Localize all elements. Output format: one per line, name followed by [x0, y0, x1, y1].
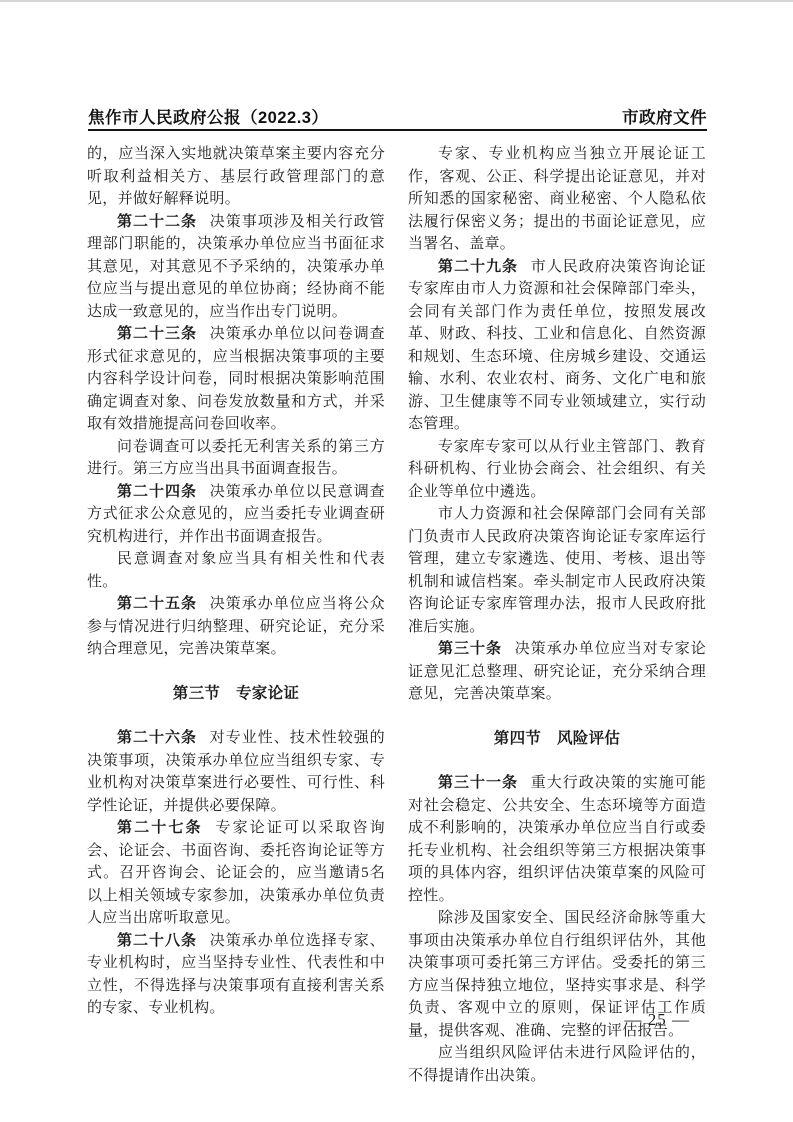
paragraph: 问卷调查可以委托无利害关系的第三方进行。第三方应当出具书面调查报告。 [87, 436, 385, 481]
two-column-body: 的，应当深入实地就决策草案主要内容充分听取利益相关方、基层行政管理部门的意见，并… [87, 143, 707, 1087]
paragraph: 专家、专业机构应当独立开展论证工作，客观、公正、科学提出论证意见，并对所知悉的国… [408, 143, 706, 256]
article-paragraph: 第二十六条对专业性、技术性较强的决策事项，决策承办单位应当组织专家、专业机构对决… [87, 727, 385, 817]
paragraph-text: 应当组织风险评估未进行风险评估的，不得提请作出决策。 [408, 1045, 706, 1084]
paragraph-text: 问卷调查可以委托无利害关系的第三方进行。第三方应当出具书面调查报告。 [87, 439, 385, 478]
article-number: 第二十七条 [117, 819, 203, 836]
article-paragraph: 第二十四条决策承办单位以民意调查方式征求公众意见的，应当委托专业调查研究机构进行… [87, 481, 385, 549]
document-page: 焦作市人民政府公报（2022.3） 市政府文件 的，应当深入实地就决策草案主要内… [0, 0, 793, 1122]
article-number: 第三十一条 [438, 774, 518, 791]
article-paragraph: 第二十五条决策承办单位应当将公众参与情况进行归纳整理、研究论证，充分采纳合理意见… [87, 593, 385, 661]
article-number: 第二十五条 [117, 595, 197, 612]
header-rule [88, 129, 707, 131]
article-number: 第二十八条 [117, 932, 197, 949]
paragraph-text: 专家、专业机构应当独立开展论证工作，客观、公正、科学提出论证意见，并对所知悉的国… [408, 146, 706, 252]
article-paragraph: 第三十一条重大行政决策的实施可能对社会稳定、公共安全、生态环境等方面造成不利影响… [408, 772, 706, 907]
page-number: — 25 — [625, 1010, 691, 1030]
left-column: 的，应当深入实地就决策草案主要内容充分听取利益相关方、基层行政管理部门的意见，并… [87, 143, 385, 1087]
paragraph-continuation: 的，应当深入实地就决策草案主要内容充分听取利益相关方、基层行政管理部门的意见，并… [87, 143, 385, 211]
article-number: 第二十二条 [117, 213, 197, 230]
article-number: 第三十条 [438, 640, 502, 657]
paragraph-text: 专家库专家可以从行业主管部门、教育科研机构、行业协会商会、社会组织、有关企业等单… [408, 439, 706, 500]
article-paragraph: 第三十条决策承办单位应当对专家论证意见汇总整理、研究论证，充分采纳合理意见，完善… [408, 638, 706, 706]
header-section-label: 市政府文件 [622, 104, 707, 128]
paragraph: 专家库专家可以从行业主管部门、教育科研机构、行业协会商会、社会组织、有关企业等单… [408, 436, 706, 504]
paragraph: 市人力资源和社会保障部门会同有关部门负责市人民政府决策咨询论证专家库运行管理，建… [408, 503, 706, 638]
paragraph-text: 民意调查对象应当具有相关性和代表性。 [87, 551, 385, 590]
header-gazette-title: 焦作市人民政府公报（2022.3） [88, 104, 328, 128]
paragraph-text: 市人民政府决策咨询论证专家库由市人力资源和社会保障部门牵头，会同有关部门作为责任… [408, 259, 706, 433]
article-number: 第二十六条 [117, 729, 197, 746]
article-number: 第二十三条 [117, 325, 197, 342]
paragraph-text: 重大行政决策的实施可能对社会稳定、公共安全、生态环境等方面造成不利影响的，决策承… [408, 775, 706, 904]
article-number: 第二十四条 [117, 483, 197, 500]
section-heading: 第四节 风险评估 [408, 728, 706, 751]
article-paragraph: 第二十八条决策承办单位选择专家、专业机构时，应当坚持专业性、代表性和中立性，不得… [87, 930, 385, 1020]
paragraph-text: 市人力资源和社会保障部门会同有关部门负责市人民政府决策咨询论证专家库运行管理，建… [408, 506, 706, 635]
paragraph-text: 的，应当深入实地就决策草案主要内容充分听取利益相关方、基层行政管理部门的意见，并… [87, 146, 385, 207]
article-paragraph: 第二十二条决策事项涉及相关行政管理部门职能的，决策承办单位应当书面征求其意见，对… [87, 211, 385, 324]
section-heading: 第三节 专家论证 [87, 683, 385, 706]
paragraph: 民意调查对象应当具有相关性和代表性。 [87, 548, 385, 593]
article-paragraph: 第二十七条专家论证可以采取咨询会、论证会、书面咨询、委托咨询论证等方式。召开咨询… [87, 817, 385, 930]
article-paragraph: 第二十三条决策承办单位以问卷调查形式征求意见的，应当根据决策事项的主要内容科学设… [87, 323, 385, 436]
paragraph: 应当组织风险评估未进行风险评估的，不得提请作出决策。 [408, 1042, 706, 1087]
page-header: 焦作市人民政府公报（2022.3） 市政府文件 [88, 104, 707, 128]
article-paragraph: 第二十九条市人民政府决策咨询论证专家库由市人力资源和社会保障部门牵头，会同有关部… [408, 256, 706, 436]
right-column: 专家、专业机构应当独立开展论证工作，客观、公正、科学提出论证意见，并对所知悉的国… [408, 143, 706, 1087]
article-number: 第二十九条 [438, 258, 518, 275]
